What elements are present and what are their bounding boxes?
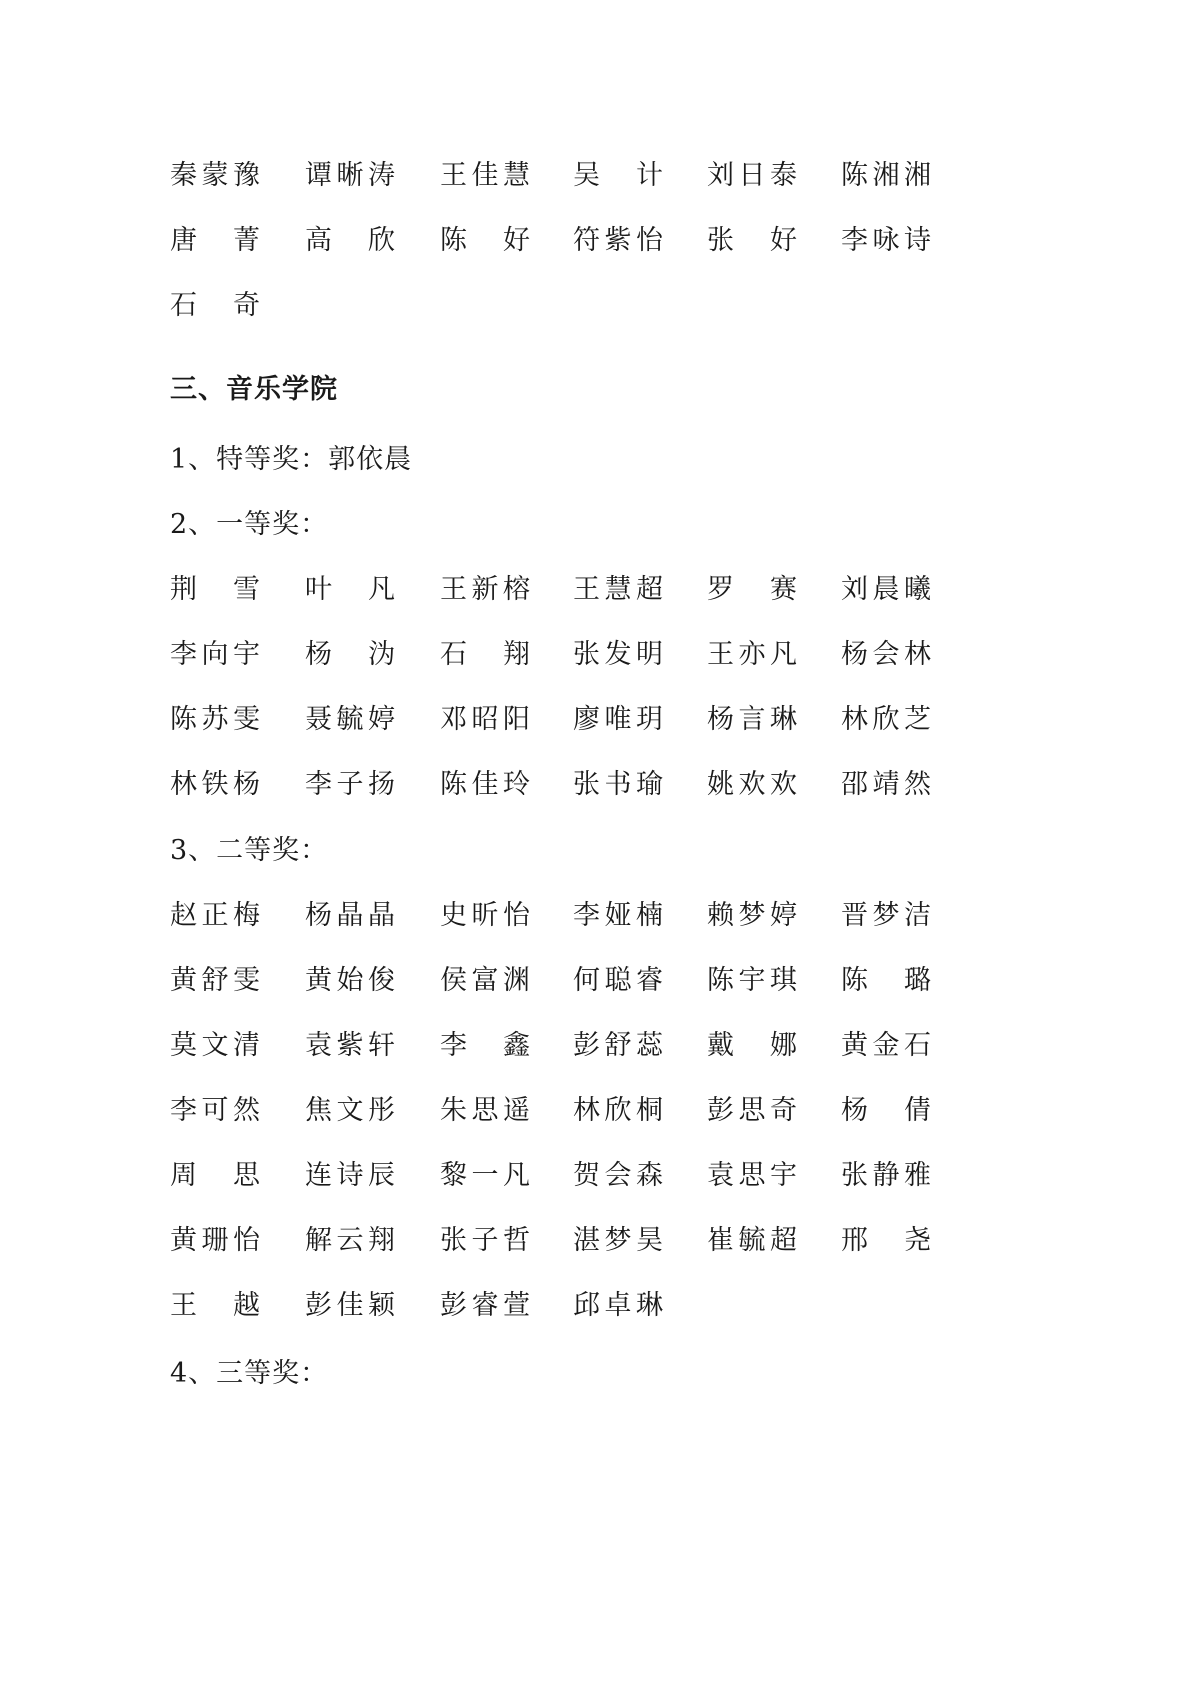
name-entry: 黄金石 [841,1026,931,1066]
name-entry: 姚欢欢 [707,765,797,805]
name-entry: 彭舒蕊 [573,1026,663,1066]
name-entry: 彭思奇 [707,1091,797,1131]
name-entry: 史昕怡 [440,896,530,936]
third-prize-heading: 4、三等奖： [170,1354,328,1394]
name-row: 荆雪叶凡王新榕王慧超罗赛刘晨曦 [170,570,1050,610]
name-entry: 刘晨曦 [841,570,931,610]
name-entry: 黎一凡 [440,1156,530,1196]
name-entry: 张好 [707,221,797,261]
name-row: 周思连诗辰黎一凡贺会森袁思宇张静雅 [170,1156,1050,1196]
name-entry: 杨会林 [841,635,931,675]
name-entry: 林欣桐 [573,1091,663,1131]
name-entry: 何聪睿 [573,961,663,1001]
name-entry: 高欣 [305,221,395,261]
name-entry: 崔毓超 [707,1221,797,1261]
second-prize-heading: 3、二等奖： [170,831,328,871]
name-entry: 黄始俊 [305,961,395,1001]
name-row: 赵正梅杨晶晶史昕怡李娅楠赖梦婷晋梦洁 [170,896,1050,936]
name-entry: 侯富渊 [440,961,530,1001]
first-prize-heading: 2、一等奖： [170,505,328,545]
name-entry: 陈好 [440,221,530,261]
name-row: 李向宇杨沩石翔张发明王亦凡杨会林 [170,635,1050,675]
name-entry: 张发明 [573,635,663,675]
name-entry: 秦蒙豫 [170,156,260,196]
name-entry: 袁思宇 [707,1156,797,1196]
name-row: 陈苏雯聂毓婷邓昭阳廖唯玥杨言琳林欣芝 [170,700,1050,740]
name-entry: 朱思遥 [440,1091,530,1131]
name-entry: 李娅楠 [573,896,663,936]
name-entry: 莫文清 [170,1026,260,1066]
name-entry: 廖唯玥 [573,700,663,740]
name-entry: 王越 [170,1286,260,1326]
name-entry: 吴计 [573,156,663,196]
name-entry: 王新榕 [440,570,530,610]
name-row: 黄珊怡解云翔张子哲湛梦昊崔毓超邢尧 [170,1221,1050,1261]
name-entry: 谭晰涛 [305,156,395,196]
name-entry: 陈璐 [841,961,931,1001]
section-heading-music-college: 三、音乐学院 [170,370,338,410]
name-entry: 陈苏雯 [170,700,260,740]
name-entry: 邵靖然 [841,765,931,805]
name-entry: 王亦凡 [707,635,797,675]
name-entry: 焦文彤 [305,1091,395,1131]
name-entry: 刘日泰 [707,156,797,196]
name-entry: 赵正梅 [170,896,260,936]
name-row: 林铁杨李子扬陈佳玲张书瑜姚欢欢邵靖然 [170,765,1050,805]
name-entry: 袁紫轩 [305,1026,395,1066]
name-entry: 王慧超 [573,570,663,610]
name-entry: 唐菁 [170,221,260,261]
name-row: 秦蒙豫谭晰涛王佳慧吴计刘日泰陈湘湘 [170,156,1050,196]
name-entry: 张静雅 [841,1156,931,1196]
name-entry: 戴娜 [707,1026,797,1066]
name-entry: 李向宇 [170,635,260,675]
name-entry: 聂毓婷 [305,700,395,740]
name-entry: 彭睿萱 [440,1286,530,1326]
name-entry: 杨言琳 [707,700,797,740]
name-entry: 赖梦婷 [707,896,797,936]
name-entry: 解云翔 [305,1221,395,1261]
name-entry: 晋梦洁 [841,896,931,936]
name-entry: 杨倩 [841,1091,931,1131]
name-row: 王越彭佳颖彭睿萱邱卓琳 [170,1286,1050,1326]
name-entry: 贺会森 [573,1156,663,1196]
name-entry: 荆雪 [170,570,260,610]
name-entry: 林铁杨 [170,765,260,805]
special-prize-line: 1、特等奖：郭依晨 [170,440,412,480]
name-entry: 陈宇琪 [707,961,797,1001]
name-entry: 黄珊怡 [170,1221,260,1261]
name-entry: 陈佳玲 [440,765,530,805]
name-entry: 张书瑜 [573,765,663,805]
name-entry: 罗赛 [707,570,797,610]
name-entry: 黄舒雯 [170,961,260,1001]
name-row: 黄舒雯黄始俊侯富渊何聪睿陈宇琪陈璐 [170,961,1050,1001]
name-entry: 邓昭阳 [440,700,530,740]
name-row: 唐菁高欣陈好符紫怡张好李咏诗 [170,221,1050,261]
name-entry: 连诗辰 [305,1156,395,1196]
name-row: 莫文清袁紫轩李鑫彭舒蕊戴娜黄金石 [170,1026,1050,1066]
name-entry: 邱卓琳 [573,1286,663,1326]
name-entry: 周思 [170,1156,260,1196]
document-page: 秦蒙豫谭晰涛王佳慧吴计刘日泰陈湘湘唐菁高欣陈好符紫怡张好李咏诗石奇 三、音乐学院… [0,0,1191,1684]
name-entry: 林欣芝 [841,700,931,740]
name-row: 李可然焦文彤朱思遥林欣桐彭思奇杨倩 [170,1091,1050,1131]
name-entry: 杨沩 [305,635,395,675]
name-entry: 石奇 [170,286,260,326]
name-entry: 杨晶晶 [305,896,395,936]
name-entry: 湛梦昊 [573,1221,663,1261]
name-entry: 叶凡 [305,570,395,610]
name-entry: 王佳慧 [440,156,530,196]
name-entry: 彭佳颖 [305,1286,395,1326]
name-entry: 张子哲 [440,1221,530,1261]
name-entry: 李咏诗 [841,221,931,261]
name-entry: 邢尧 [841,1221,931,1261]
name-row: 石奇 [170,286,1050,326]
name-entry: 陈湘湘 [841,156,931,196]
name-entry: 李可然 [170,1091,260,1131]
name-entry: 李子扬 [305,765,395,805]
name-entry: 石翔 [440,635,530,675]
name-entry: 符紫怡 [573,221,663,261]
name-entry: 李鑫 [440,1026,530,1066]
